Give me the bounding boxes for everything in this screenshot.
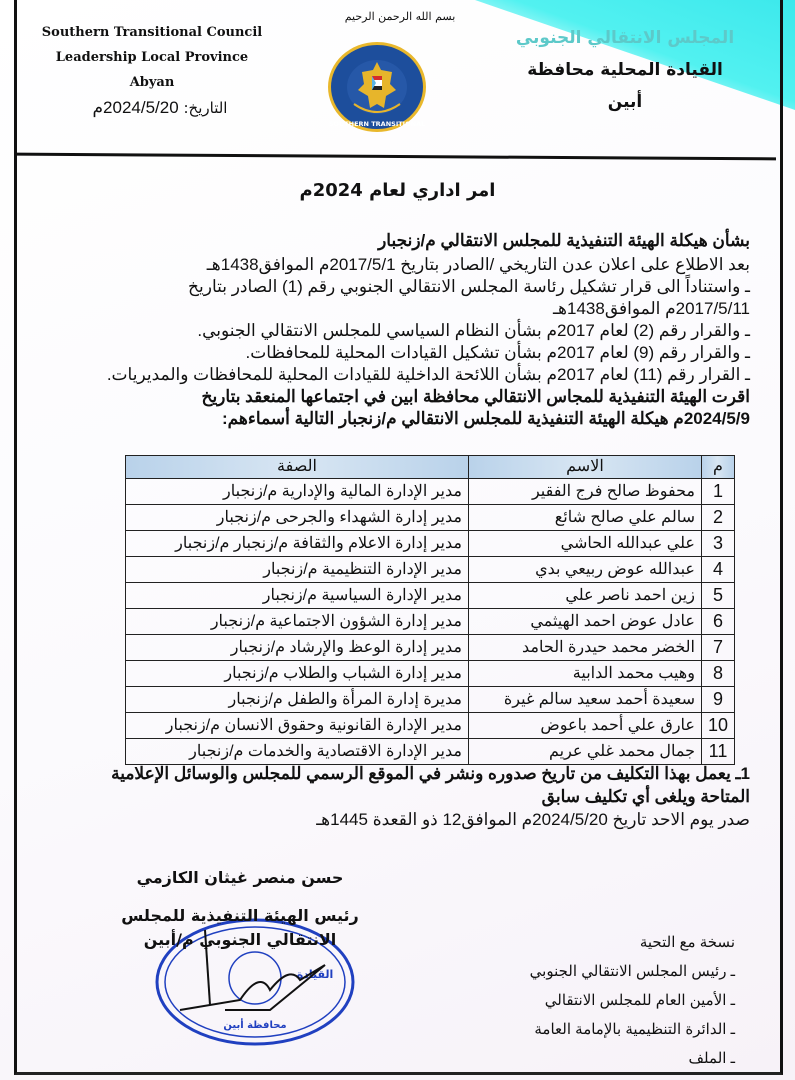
southern-transitional-council-emblem-icon: SOUTHERN TRANSITIONAL xyxy=(326,40,428,134)
preamble-line: ـ والقرار رقم (2) لعام 2017م بشأن النظام… xyxy=(50,320,750,342)
table-row: 2سالم علي صالح شائعمدير إدارة الشهداء وا… xyxy=(126,505,735,531)
member-role: مدير الإدارة الاقتصادية والخدمات م/زنجبا… xyxy=(126,739,469,765)
member-role: مدير إدارة الشباب والطلاب م/زنجبار xyxy=(126,661,469,687)
table-row: 8وهيب محمد الدابيةمدير إدارة الشباب والط… xyxy=(126,661,735,687)
arabic-province: أبين xyxy=(500,86,750,118)
date-value: 2024/5/20م xyxy=(93,98,179,117)
appointments-table: م الاسم الصفة 1محفوظ صالح فرج الفقيرمدير… xyxy=(125,455,735,765)
row-number: 4 xyxy=(701,557,734,583)
table-row: 4عبدالله عوض ربيعي بديمدير الإدارة التنظ… xyxy=(126,557,735,583)
row-number: 9 xyxy=(701,687,734,713)
english-province: Abyan xyxy=(32,70,272,95)
member-name: سالم علي صالح شائع xyxy=(468,505,701,531)
document-body: بشأن هيكلة الهيئة التنفيذية للمجلس الانت… xyxy=(50,230,750,430)
row-number: 7 xyxy=(701,635,734,661)
document-subject: بشأن هيكلة الهيئة التنفيذية للمجلس الانت… xyxy=(50,230,750,252)
table-row: 5زين احمد ناصر عليمدير الإدارة السياسية … xyxy=(126,583,735,609)
preamble-line: بعد الاطلاع على اعلان عدن التاريخي /الصا… xyxy=(50,254,750,276)
arabic-leadership-line: القيادة المحلية محافظة xyxy=(500,54,750,86)
row-number: 3 xyxy=(701,531,734,557)
preamble-line: 2017/5/11م الموافق1438هـ xyxy=(50,298,750,320)
table-row: 10عارق علي أحمد باعوضمدير الإدارة القانو… xyxy=(126,713,735,739)
resolution-line: 2024/5/9م هيكلة الهيئة التنفيذية للمجلس … xyxy=(50,408,750,430)
member-role: مدير إدارة الشهداء والجرحى م/زنجبار xyxy=(126,505,469,531)
copy-recipient: ـ الأمين العام للمجلس الانتقالي xyxy=(435,986,735,1015)
member-role: مدير إدارة الاعلام والثقافة م/زنجبار م/ز… xyxy=(126,531,469,557)
effective-clause: 1ـ يعمل بهذا التكليف من تاريخ صدوره ونشر… xyxy=(50,762,750,785)
date-label: التاريخ: xyxy=(183,99,227,117)
table-header-row: م الاسم الصفة xyxy=(126,456,735,479)
member-name: علي عبدالله الحاشي xyxy=(468,531,701,557)
member-name: سعيدة أحمد سعيد سالم غيرة xyxy=(468,687,701,713)
column-header-role: الصفة xyxy=(126,456,469,479)
signatory-title-cont: الانتقالي الجنوبي م/أبين xyxy=(90,928,390,952)
column-header-name: الاسم xyxy=(468,456,701,479)
table-row: 3علي عبدالله الحاشيمدير إدارة الاعلام وا… xyxy=(126,531,735,557)
basmala: بسم الله الرحمن الرحيم xyxy=(330,10,470,23)
preamble-line: ـ القرار رقم (11) لعام 2017م بشأن اللائح… xyxy=(50,364,750,386)
copy-recipient: ـ رئيس المجلس الانتقالي الجنوبي xyxy=(435,957,735,986)
member-name: وهيب محمد الدابية xyxy=(468,661,701,687)
member-name: عارق علي أحمد باعوض xyxy=(468,713,701,739)
copies-heading: نسخة مع التحية xyxy=(435,928,735,957)
table-row: 1محفوظ صالح فرج الفقيرمدير الإدارة المال… xyxy=(126,479,735,505)
row-number: 5 xyxy=(701,583,734,609)
effective-clause-cont: المتاحة ويلغى أي تكليف سابق xyxy=(50,785,750,808)
svg-text:محافظة أبين: محافظة أبين xyxy=(223,1018,286,1031)
member-role: مدير الإدارة السياسية م/زنجبار xyxy=(126,583,469,609)
signatory-name: حسن منصر غيثان الكازمي xyxy=(90,866,390,890)
closing-section: 1ـ يعمل بهذا التكليف من تاريخ صدوره ونشر… xyxy=(50,762,750,831)
arabic-council-name: المجلس الانتقالي الجنوبي xyxy=(500,22,750,54)
document-title: امر اداري لعام 2024م xyxy=(0,180,795,201)
signatory-block: حسن منصر غيثان الكازمي رئيس الهيئة التنف… xyxy=(90,866,390,952)
arabic-letterhead: المجلس الانتقالي الجنوبي القيادة المحلية… xyxy=(500,22,750,118)
member-name: عادل عوض احمد الهيثمي xyxy=(468,609,701,635)
member-role: مديرة إدارة المرأة والطفل م/زنجبار xyxy=(126,687,469,713)
resolution-line: اقرت الهيئة التنفيذية للمجاس الانتقالي م… xyxy=(50,386,750,408)
preamble-line: ـ واستناداً الى قرار تشكيل رئاسة المجلس … xyxy=(50,276,750,298)
english-letterhead: Southern Transitional Council Leadership… xyxy=(32,20,272,95)
member-role: مدير إدارة الوعظ والإرشاد م/زنجبار xyxy=(126,635,469,661)
table-row: 11جمال محمد غلي عريممدير الإدارة الاقتصا… xyxy=(126,739,735,765)
row-number: 8 xyxy=(701,661,734,687)
copy-recipient: ـ الملف xyxy=(435,1044,735,1073)
member-name: زين احمد ناصر علي xyxy=(468,583,701,609)
member-role: مدير الإدارة التنظيمية م/زنجبار xyxy=(126,557,469,583)
row-number: 1 xyxy=(701,479,734,505)
member-name: عبدالله عوض ربيعي بدي xyxy=(468,557,701,583)
svg-text:SOUTHERN TRANSITIONAL: SOUTHERN TRANSITIONAL xyxy=(329,120,426,128)
column-header-number: م xyxy=(701,456,734,479)
row-number: 10 xyxy=(701,713,734,739)
table-row: 7الخضر محمد حيدرة الحامدمدير إدارة الوعظ… xyxy=(126,635,735,661)
member-role: مدير الإدارة القانونية وحقوق الانسان م/ز… xyxy=(126,713,469,739)
document-date: التاريخ: 2024/5/20م xyxy=(60,98,260,118)
member-name: محفوظ صالح فرج الفقير xyxy=(468,479,701,505)
english-leadership-line: Leadership Local Province xyxy=(32,45,272,70)
copies-list: نسخة مع التحية ـ رئيس المجلس الانتقالي ا… xyxy=(435,928,735,1073)
row-number: 11 xyxy=(701,739,734,765)
member-name: جمال محمد غلي عريم xyxy=(468,739,701,765)
preamble-line: ـ والقرار رقم (9) لعام 2017م بشأن تشكيل … xyxy=(50,342,750,364)
member-name: الخضر محمد حيدرة الحامد xyxy=(468,635,701,661)
issued-date-line: صدر يوم الاحد تاريخ 2024/5/20م الموافق12… xyxy=(50,808,750,831)
table-row: 9سعيدة أحمد سعيد سالم غيرةمديرة إدارة ال… xyxy=(126,687,735,713)
member-role: مدير إدارة الشؤون الاجتماعية م/زنجبار xyxy=(126,609,469,635)
row-number: 6 xyxy=(701,609,734,635)
signatory-title: رئيس الهيئة التنفيذية للمجلس xyxy=(90,904,390,928)
copy-recipient: ـ الدائرة التنظيمية بالإمامة العامة xyxy=(435,1015,735,1044)
member-role: مدير الإدارة المالية والإدارية م/زنجبار xyxy=(126,479,469,505)
table-row: 6عادل عوض احمد الهيثميمدير إدارة الشؤون … xyxy=(126,609,735,635)
english-council-name: Southern Transitional Council xyxy=(32,20,272,45)
row-number: 2 xyxy=(701,505,734,531)
